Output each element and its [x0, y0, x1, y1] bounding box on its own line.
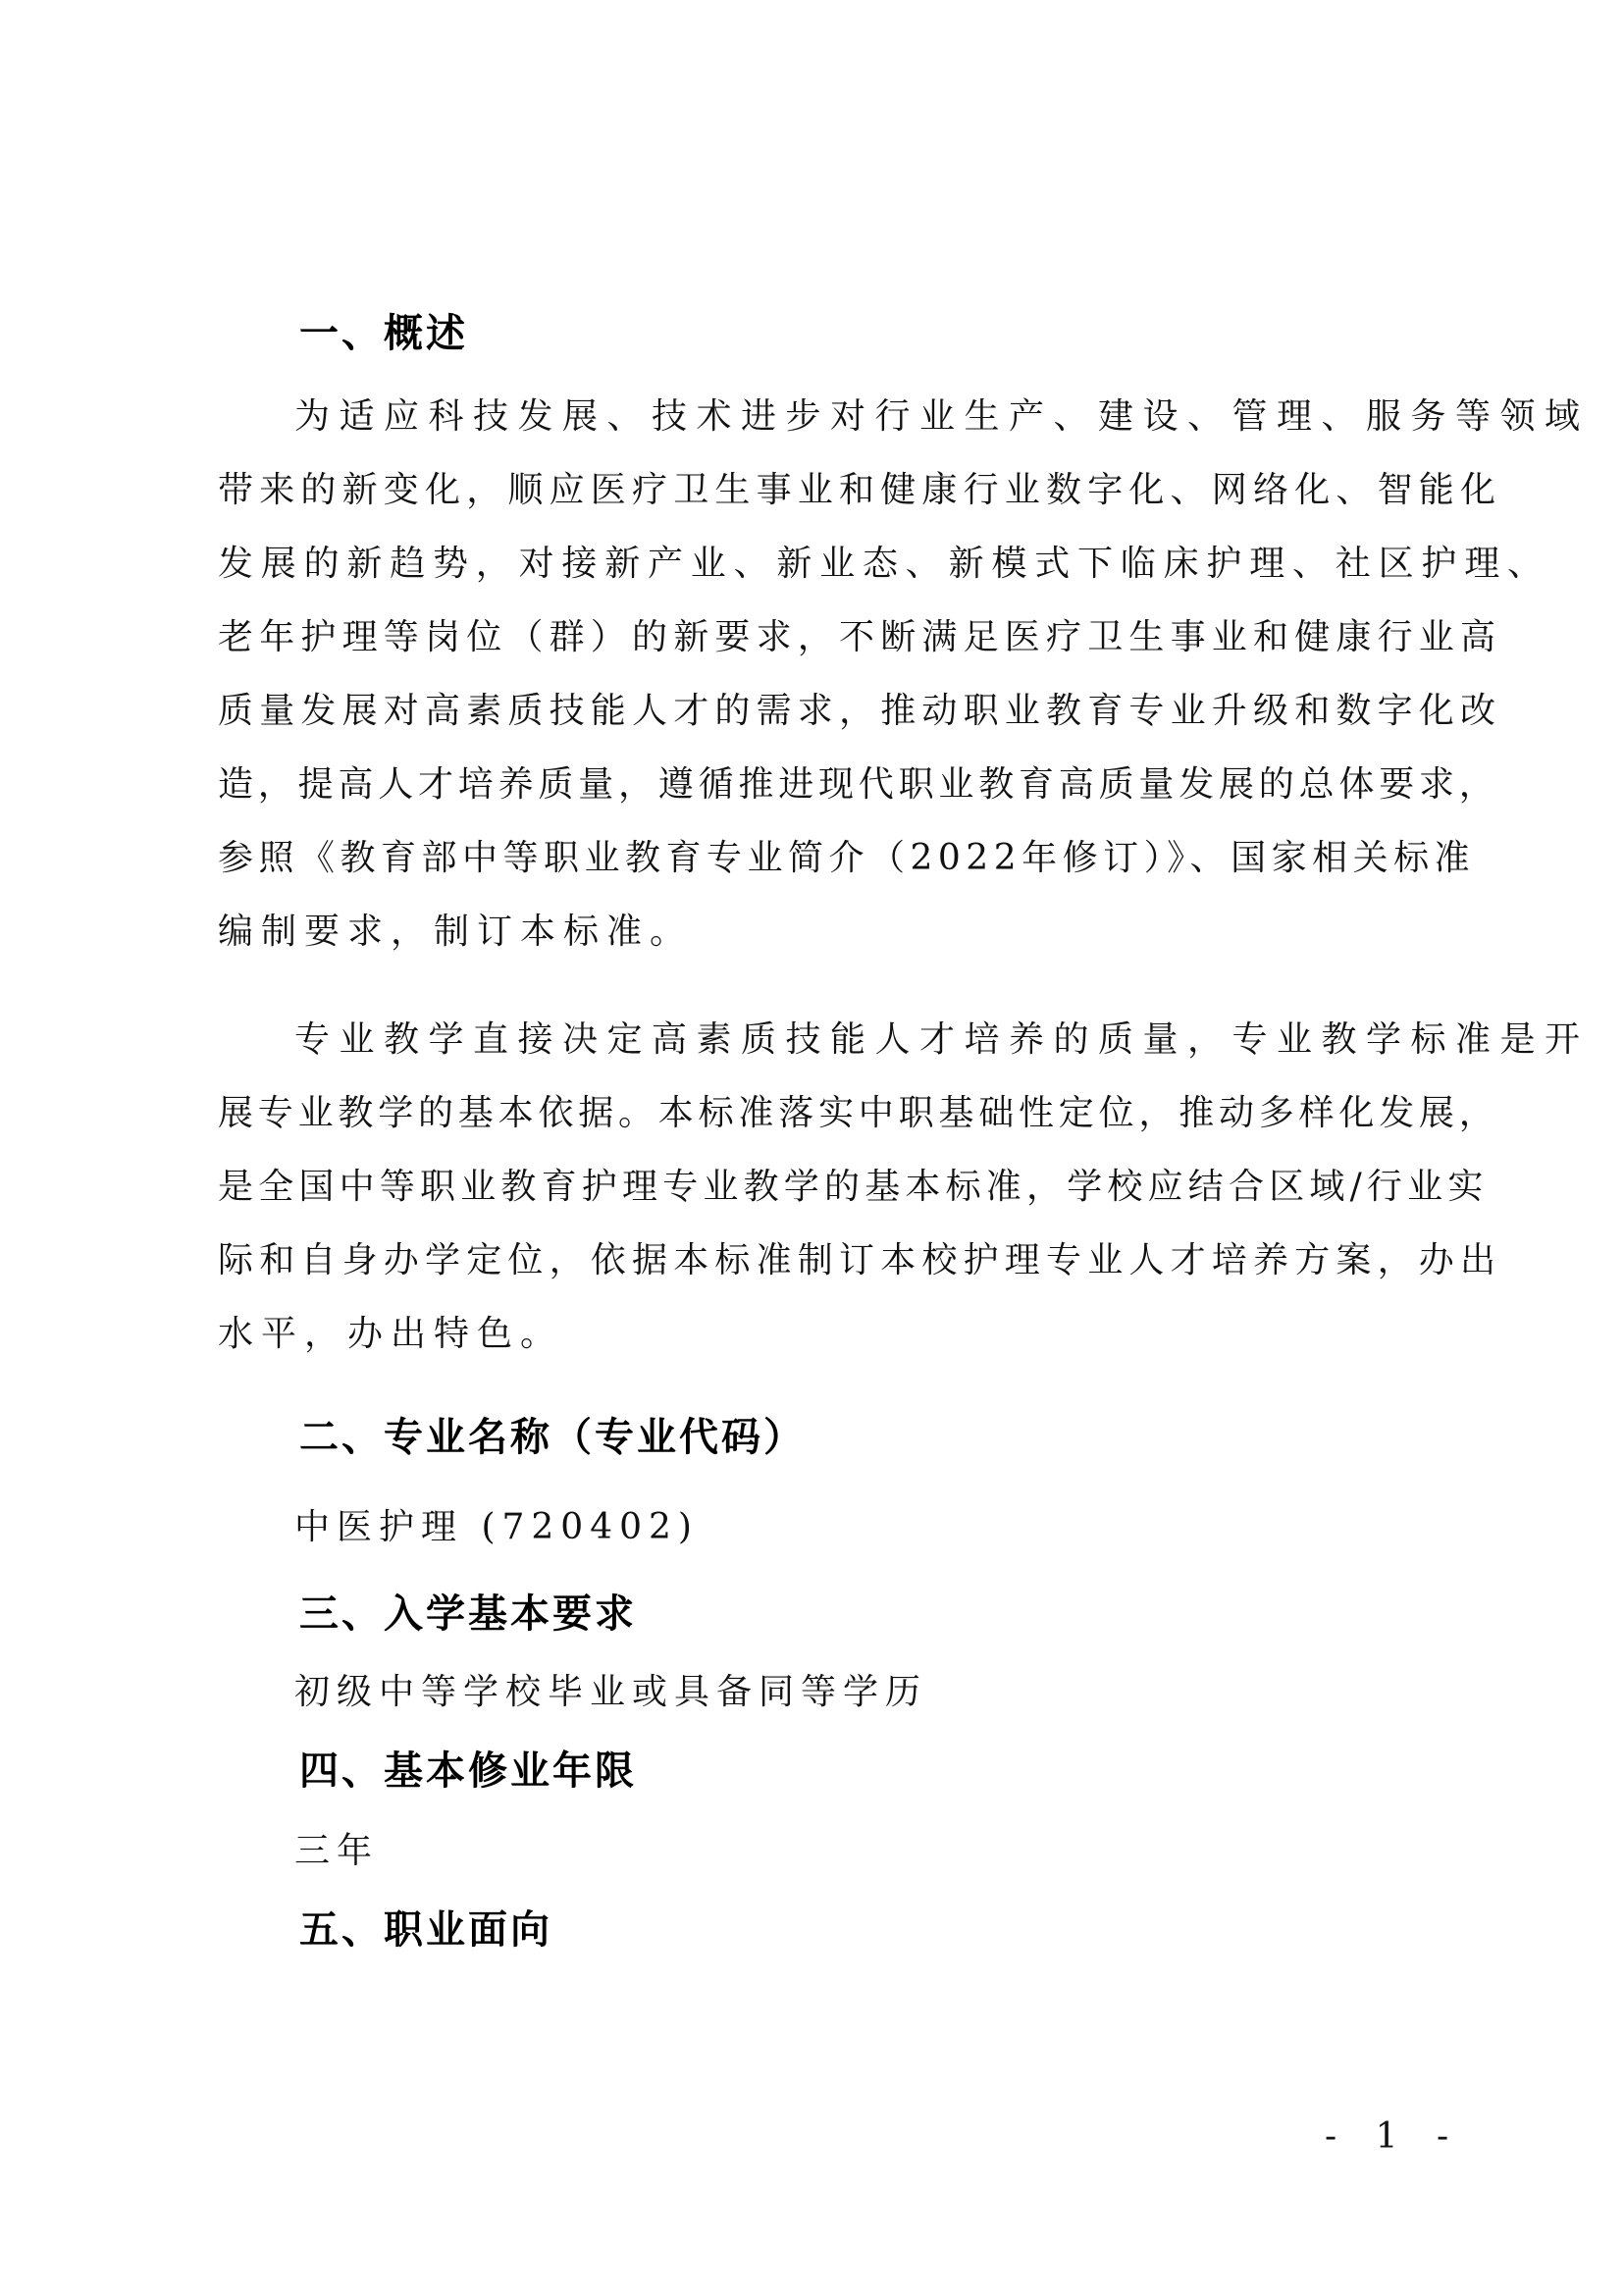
- paragraph-line: 造，提高人才培养质量，遵循推进现代职业教育高质量发展的总体要求，: [218, 760, 1499, 809]
- document-page: 一、概述 为适应科技发展、技术进步对行业生产、建设、管理、服务等领域 带来的新变…: [0, 0, 1624, 2295]
- paragraph-line: 老年护理等岗位（群）的新要求，不断满足医疗卫生事业和健康行业高: [218, 613, 1501, 662]
- paragraph-line: 发展的新趋势，对接新产业、新业态、新模式下临床护理、社区护理、: [218, 540, 1550, 589]
- paragraph-line: 水平，办出特色。: [218, 1310, 563, 1359]
- paragraph-line: 编制要求，制订本标准。: [218, 908, 693, 957]
- paragraph-line: 带来的新变化，顺应医疗卫生事业和健康行业数字化、网络化、智能化: [218, 466, 1501, 515]
- section-heading-admission: 三、入学基本要求: [299, 1590, 637, 1639]
- section-heading-career-orientation: 五、职业面向: [299, 1905, 552, 1955]
- paragraph-line: 参照《教育部中等职业教育专业简介（2022年修订）》、国家相关标准: [218, 834, 1475, 883]
- page-number: - 1 -: [1325, 2112, 1462, 2162]
- paragraph-line: 展专业教学的基本依据。本标准落实中职基础性定位，推动多样化发展，: [218, 1089, 1499, 1138]
- paragraph-line: 际和自身办学定位，依据本标准制订本校护理专业人才培养方案，办出: [218, 1236, 1501, 1285]
- paragraph-line: 为适应科技发展、技术进步对行业生产、建设、管理、服务等领域: [294, 392, 1590, 442]
- admission-requirement-value: 初级中等学校毕业或具备同等学历: [294, 1668, 927, 1717]
- section-heading-study-duration: 四、基本修业年限: [299, 1747, 637, 1796]
- section-heading-overview: 一、概述: [299, 309, 468, 358]
- paragraph-line: 质量发展对高素质技能人才的需求，推动职业教育专业升级和数字化改: [218, 687, 1501, 736]
- section-heading-major-name: 二、专业名称（专业代码）: [299, 1413, 806, 1462]
- paragraph-line: 专业教学直接决定高素质技能人才培养的质量，专业教学标准是开: [294, 1016, 1590, 1065]
- study-duration-value: 三年: [294, 1827, 379, 1876]
- major-name-value: 中医护理 (720402): [294, 1503, 699, 1552]
- paragraph-line: 是全国中等职业教育护理专业教学的基本标准，学校应结合区域/行业实: [218, 1163, 1489, 1212]
